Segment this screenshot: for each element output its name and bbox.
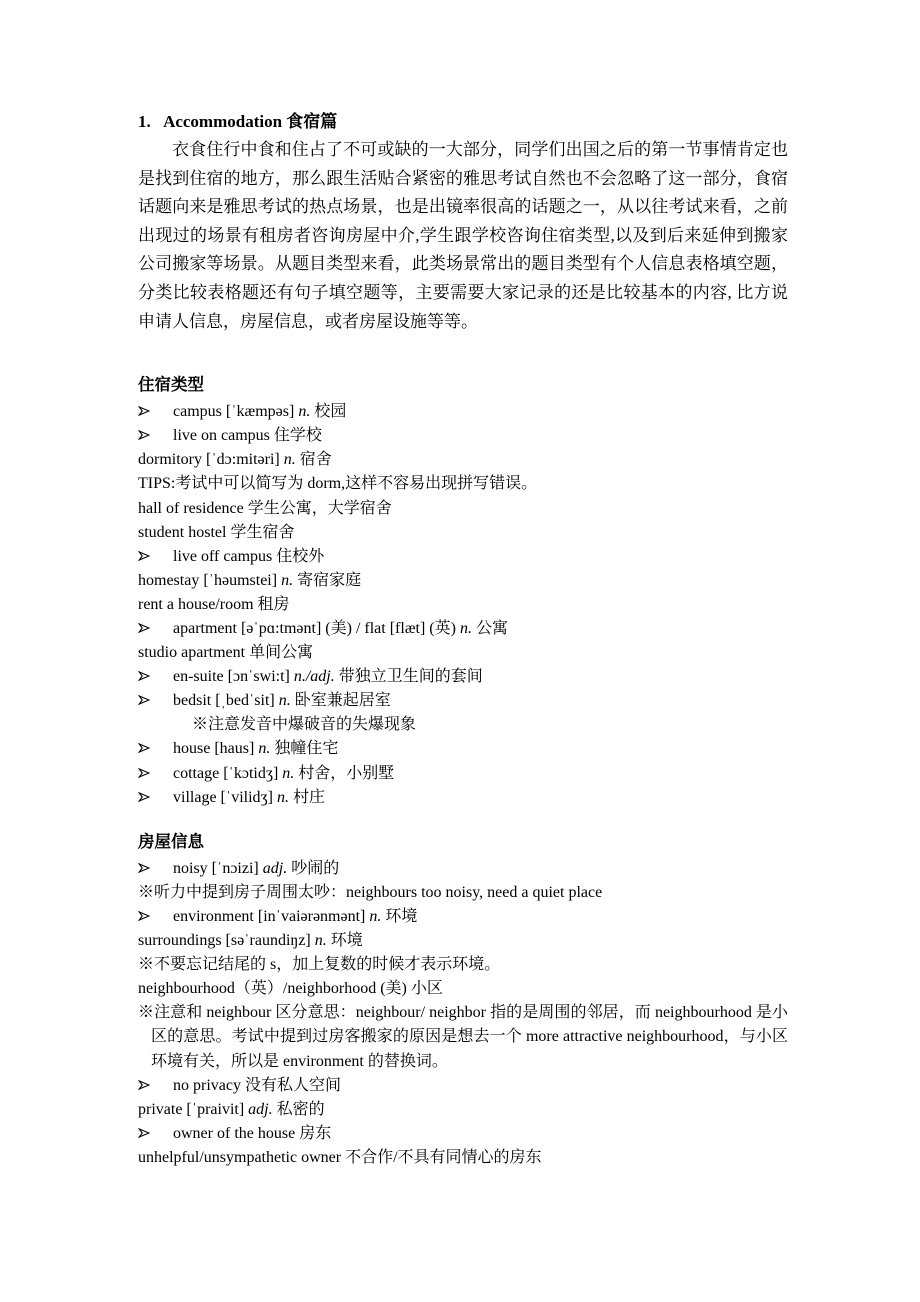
arrow-bullet-icon [138, 1122, 173, 1146]
vocab-line: studio apartment 单间公寓 [138, 641, 788, 665]
vocab-line-bulleted: house [haus] n. 独幢住宅 [138, 737, 788, 761]
term-text: studio apartment 单间公寓 [138, 644, 313, 661]
part-of-speech-label: n. [258, 740, 270, 757]
meaning-text: 独幢住宅 [270, 740, 338, 757]
arrow-bullet-icon [138, 665, 173, 689]
vocab-line-bulleted: bedsit [ˌbedˈsit] n. 卧室兼起居室 [138, 689, 788, 713]
vocab-line-bulleted: live off campus 住校外 [138, 545, 788, 569]
term-text: apartment [əˈpɑ:tmənt] (美) / flat [flæt]… [173, 620, 460, 637]
vocab-line: TIPS:考试中可以简写为 dorm,这样不容易出现拼写错误。 [138, 472, 788, 496]
vocab-line: neighbourhood（英）/neighborhood (美) 小区 [138, 977, 788, 1001]
term-text: environment [inˈvaiərənmənt] [173, 908, 369, 925]
part-of-speech-label: n./adj. [294, 668, 335, 685]
term-text: student hostel 学生宿舍 [138, 524, 294, 541]
vocab-line-bulleted: environment [inˈvaiərənmənt] n. 环境 [138, 905, 788, 929]
section-heading: 住宿类型 [138, 373, 788, 397]
arrow-bullet-icon [138, 737, 173, 761]
vocab-line-bulleted: campus [ˈkæmpəs] n. 校园 [138, 400, 788, 424]
term-text: unhelpful/unsympathetic owner 不合作/不具有同情心… [138, 1149, 542, 1166]
term-text: rent a house/room 租房 [138, 596, 290, 613]
vocab-line: ※听力中提到房子周围太吵：neighbours too noisy, need … [138, 881, 788, 905]
document-content: 1. Accommodation 食宿篇 衣食住行中食和住占了不可或缺的一大部分… [138, 108, 788, 1170]
meaning-text: 卧室兼起居室 [291, 692, 391, 709]
term-text: hall of residence 学生公寓，大学宿舍 [138, 500, 392, 517]
vocab-line: private [ˈpraivit] adj. 私密的 [138, 1098, 788, 1122]
vocab-line-bulleted: cottage [ˈkɔtidʒ] n. 村舍，小别墅 [138, 762, 788, 786]
term-text: village [ˈvilidʒ] [173, 789, 277, 806]
arrow-bullet-icon [138, 786, 173, 810]
vocab-section: 房屋信息noisy [ˈnɔizi] adj. 吵闹的※听力中提到房子周围太吵：… [138, 830, 788, 1170]
part-of-speech-label: n. [369, 908, 381, 925]
heading-number: 1. [138, 108, 151, 136]
term-text: ※注意和 neighbour 区分意思：neighbour/ neighbor … [138, 1004, 788, 1069]
heading-text: Accommodation 食宿篇 [163, 112, 337, 131]
term-text: private [ˈpraivit] [138, 1101, 248, 1118]
vocab-line: ※注意发音中爆破音的失爆现象 [138, 713, 788, 737]
term-text: noisy [ˈnɔizi] [173, 860, 263, 877]
vocab-line-bulleted: noisy [ˈnɔizi] adj. 吵闹的 [138, 857, 788, 881]
arrow-bullet-icon [138, 762, 173, 786]
vocab-line: unhelpful/unsympathetic owner 不合作/不具有同情心… [138, 1146, 788, 1170]
vocab-line-bulleted: owner of the house 房东 [138, 1122, 788, 1146]
term-text: owner of the house 房东 [173, 1125, 331, 1142]
meaning-text: 环境 [381, 908, 417, 925]
part-of-speech-label: n. [284, 451, 296, 468]
meaning-text: 公寓 [472, 620, 508, 637]
vocab-line: homestay [ˈhəumstei] n. 寄宿家庭 [138, 569, 788, 593]
term-text: dormitory [ˈdɔ:mitəri] [138, 451, 284, 468]
term-text: live on campus 住学校 [173, 427, 322, 444]
part-of-speech-label: adj. [248, 1101, 272, 1118]
page-title: 1. Accommodation 食宿篇 [138, 108, 788, 136]
term-text: cottage [ˈkɔtidʒ] [173, 765, 282, 782]
term-text: ※听力中提到房子周围太吵：neighbours too noisy, need … [138, 884, 602, 901]
vocab-line-bulleted: apartment [əˈpɑ:tmənt] (美) / flat [flæt]… [138, 617, 788, 641]
term-text: house [haus] [173, 740, 258, 757]
arrow-bullet-icon [138, 424, 173, 448]
term-text: TIPS:考试中可以简写为 dorm,这样不容易出现拼写错误。 [138, 475, 537, 492]
meaning-text: 寄宿家庭 [293, 572, 361, 589]
part-of-speech-label: adj. [263, 860, 287, 877]
term-text: no privacy 没有私人空间 [173, 1077, 341, 1094]
part-of-speech-label: n. [281, 572, 293, 589]
vocab-line: hall of residence 学生公寓，大学宿舍 [138, 497, 788, 521]
document-page: 1. Accommodation 食宿篇 衣食住行中食和住占了不可或缺的一大部分… [0, 0, 920, 1302]
arrow-bullet-icon [138, 689, 173, 713]
part-of-speech-label: n. [298, 403, 310, 420]
intro-paragraph: 衣食住行中食和住占了不可或缺的一大部分，同学们出国之后的第一节事情肯定也是找到住… [138, 136, 788, 336]
vocab-line: ※注意和 neighbour 区分意思：neighbour/ neighbor … [138, 1001, 788, 1073]
meaning-text: 环境 [327, 932, 363, 949]
meaning-text: 村庄 [289, 789, 325, 806]
vocab-sections: 住宿类型campus [ˈkæmpəs] n. 校园live on campus… [138, 373, 788, 1170]
term-text: surroundings [səˈraundiŋz] [138, 932, 315, 949]
vocab-line: student hostel 学生宿舍 [138, 521, 788, 545]
arrow-bullet-icon [138, 400, 173, 424]
vocab-line: dormitory [ˈdɔ:mitəri] n. 宿舍 [138, 448, 788, 472]
arrow-bullet-icon [138, 545, 173, 569]
vocab-line-bulleted: village [ˈvilidʒ] n. 村庄 [138, 786, 788, 810]
vocab-line: rent a house/room 租房 [138, 593, 788, 617]
term-text: neighbourhood（英）/neighborhood (美) 小区 [138, 980, 443, 997]
term-text: ※不要忘记结尾的 s，加上复数的时候才表示环境。 [138, 956, 500, 973]
part-of-speech-label: n. [460, 620, 472, 637]
term-text: campus [ˈkæmpəs] [173, 403, 298, 420]
meaning-text: 吵闹的 [287, 860, 339, 877]
term-text: bedsit [ˌbedˈsit] [173, 692, 279, 709]
vocab-line-bulleted: no privacy 没有私人空间 [138, 1074, 788, 1098]
meaning-text: 宿舍 [296, 451, 332, 468]
vocab-line: ※不要忘记结尾的 s，加上复数的时候才表示环境。 [138, 953, 788, 977]
term-text: live off campus 住校外 [173, 548, 324, 565]
term-text: homestay [ˈhəumstei] [138, 572, 281, 589]
arrow-bullet-icon [138, 857, 173, 881]
vocab-line: surroundings [səˈraundiŋz] n. 环境 [138, 929, 788, 953]
part-of-speech-label: n. [277, 789, 289, 806]
part-of-speech-label: n. [315, 932, 327, 949]
meaning-text: 带独立卫生间的套间 [335, 668, 483, 685]
arrow-bullet-icon [138, 1074, 173, 1098]
meaning-text: 村舍，小别墅 [294, 765, 394, 782]
term-text: en-suite [ɔnˈswi:t] [173, 668, 294, 685]
meaning-text: 校园 [310, 403, 346, 420]
term-text: ※注意发音中爆破音的失爆现象 [192, 716, 416, 733]
arrow-bullet-icon [138, 905, 173, 929]
section-heading: 房屋信息 [138, 830, 788, 854]
vocab-line-bulleted: en-suite [ɔnˈswi:t] n./adj. 带独立卫生间的套间 [138, 665, 788, 689]
vocab-line-bulleted: live on campus 住学校 [138, 424, 788, 448]
meaning-text: 私密的 [273, 1101, 325, 1118]
part-of-speech-label: n. [282, 765, 294, 782]
vocab-section: 住宿类型campus [ˈkæmpəs] n. 校园live on campus… [138, 373, 788, 810]
part-of-speech-label: n. [279, 692, 291, 709]
arrow-bullet-icon [138, 617, 173, 641]
